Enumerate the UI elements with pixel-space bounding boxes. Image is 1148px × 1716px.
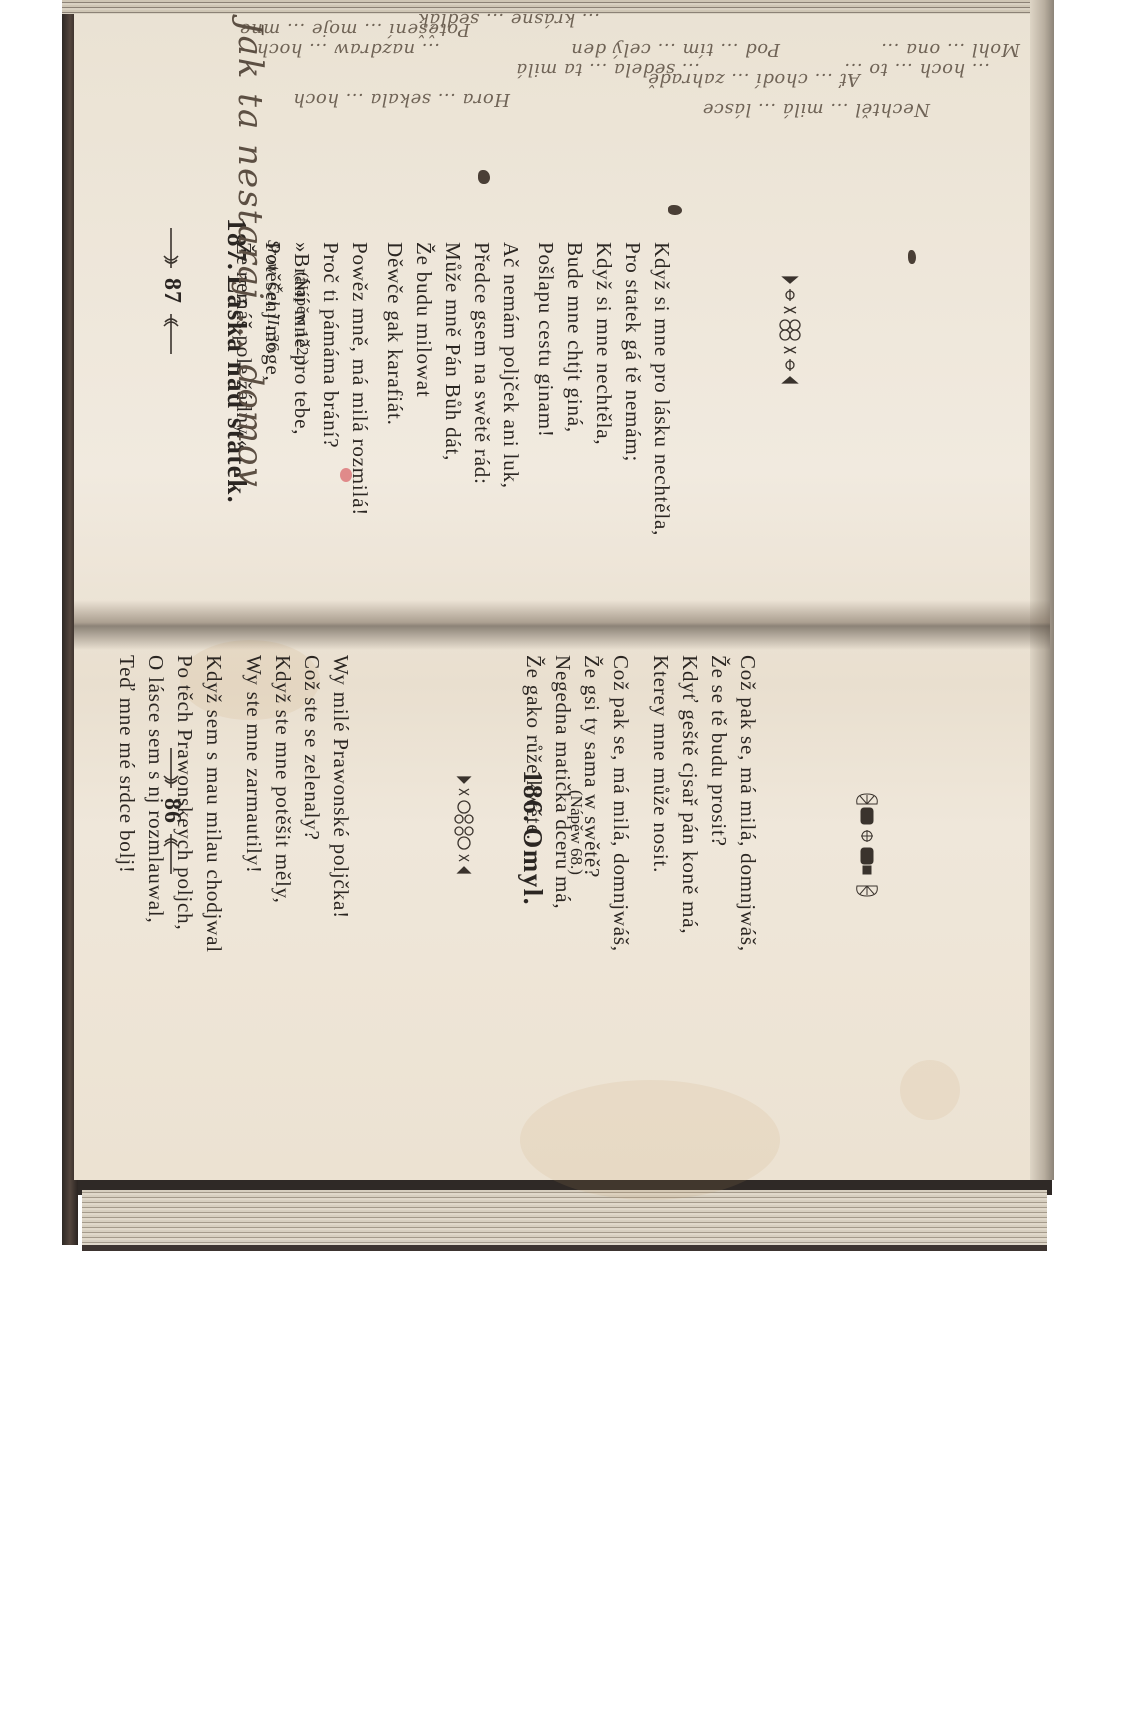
verse-line: O lásce sem s nj rozmlauwal,: [141, 655, 170, 953]
verse-line: Proč ti pámáma brání?: [316, 242, 345, 516]
paper-stain: [900, 1060, 960, 1120]
verse-line: Že budu milowat: [409, 242, 438, 489]
verse-line: Když sem s mau milau chodjwal: [199, 655, 228, 953]
handwritten-note: ... nazdraw ... hoch: [256, 39, 440, 60]
stanza: Wy milé Prawonské poljčka! Což ste se ze…: [239, 655, 355, 919]
paper-stain: [520, 1080, 780, 1200]
handwritten-note: ... krásne ... sedlák: [417, 9, 600, 30]
stanza: Což pak se, má milá, domnjwáš, Že se tě …: [646, 655, 762, 952]
verse-line: »Brání mně pro tebe,: [287, 242, 316, 516]
verse-line: Ač nemám poljček ani luk,: [496, 242, 525, 489]
verse-line: Pro statek gá tě nemám;: [618, 242, 647, 536]
handwritten-note: Nechtěl ... milá ... lásce: [702, 99, 930, 120]
verse-line: Bude mne chtjt giná,: [560, 242, 589, 536]
verse-line: Pošlapu cestu ginam!: [531, 242, 560, 536]
verse-line: Když ste mne potěšit měly,: [268, 655, 297, 919]
verse-line: Že gsi ty sama w swětě?: [577, 655, 606, 952]
ink-blot: [908, 250, 916, 264]
ink-blot: [478, 170, 490, 184]
verse-line: Což ste se zelenaly?: [297, 655, 326, 919]
handwritten-note: Jak ta nestaraj ... domov: [230, 20, 270, 489]
handwritten-note: ... hoch ... to ...: [844, 59, 990, 80]
handwritten-note: Hora ... sekala ... hoch: [293, 89, 510, 110]
verse-line: Děwče gak karafiát.: [380, 242, 409, 489]
stanza: Ač nemám poljček ani luk, Předce gsem na…: [380, 242, 525, 489]
handwritten-note: Mohl ... ona ...: [881, 39, 1020, 60]
flourish-ornament-icon: [163, 314, 181, 354]
verse-line: Předce gsem na swětě rád:: [467, 242, 496, 489]
end-vignette-ornament-icon: [770, 275, 805, 385]
verse-line: Po těch Prawonskeych poljch,: [170, 655, 199, 953]
page-edges-right: [1030, 0, 1054, 1180]
handwritten-note: Ať ... chodí ... zahradě: [648, 69, 860, 90]
verse-line: Teď mne mé srdce bolj!: [112, 655, 141, 953]
verse-line: Kdyť geště cjsař pán koně má,: [675, 655, 704, 952]
end-palmette-ornament-icon: [847, 790, 882, 900]
verse-line: Negedna matička dceru má,: [548, 655, 577, 952]
verse-line: Powěz mně, má milá rozmilá!: [345, 242, 374, 516]
verse-line: Když si mne pro lásku nechtěla,: [647, 242, 676, 536]
verse-line: Což pak se, má milá, domnjwáš,: [606, 655, 635, 952]
verse-line: Když si mne nechtěla,: [589, 242, 618, 536]
flourish-ornament-icon: [163, 228, 181, 268]
stanza: Když si mne pro lásku nechtěla, Pro stat…: [531, 242, 676, 536]
book-spread: [74, 0, 1050, 1180]
verse-line: Wy ste mne zarmautily!: [239, 655, 268, 919]
page-87-header: 87: [158, 228, 185, 354]
ink-blot: [668, 205, 682, 215]
stanza: Když sem s mau milau chodjwal Po těch Pr…: [112, 655, 228, 953]
verse-line: Že gako růže kwěte.: [519, 655, 548, 952]
verse-line: Kterey mne může nosit.: [646, 655, 675, 952]
stanza: Což pak se, má milá, domnjwáš, Že gsi ty…: [519, 655, 635, 952]
verse-line: Wy milé Prawonské poljčka!: [326, 655, 355, 919]
page-number: 87: [158, 278, 185, 304]
verse-line: Může mně Pán Bůh dát,: [438, 242, 467, 489]
page-edges-bottom: [82, 1190, 1047, 1251]
section-vignette-ornament-icon: [446, 775, 477, 875]
verse-line: Což pak se, má milá, domnjwáš,: [733, 655, 762, 952]
handwritten-note: Pod ... tím ... celý den: [571, 39, 780, 60]
verse-line: Že se tě budu prosit?: [704, 655, 733, 952]
